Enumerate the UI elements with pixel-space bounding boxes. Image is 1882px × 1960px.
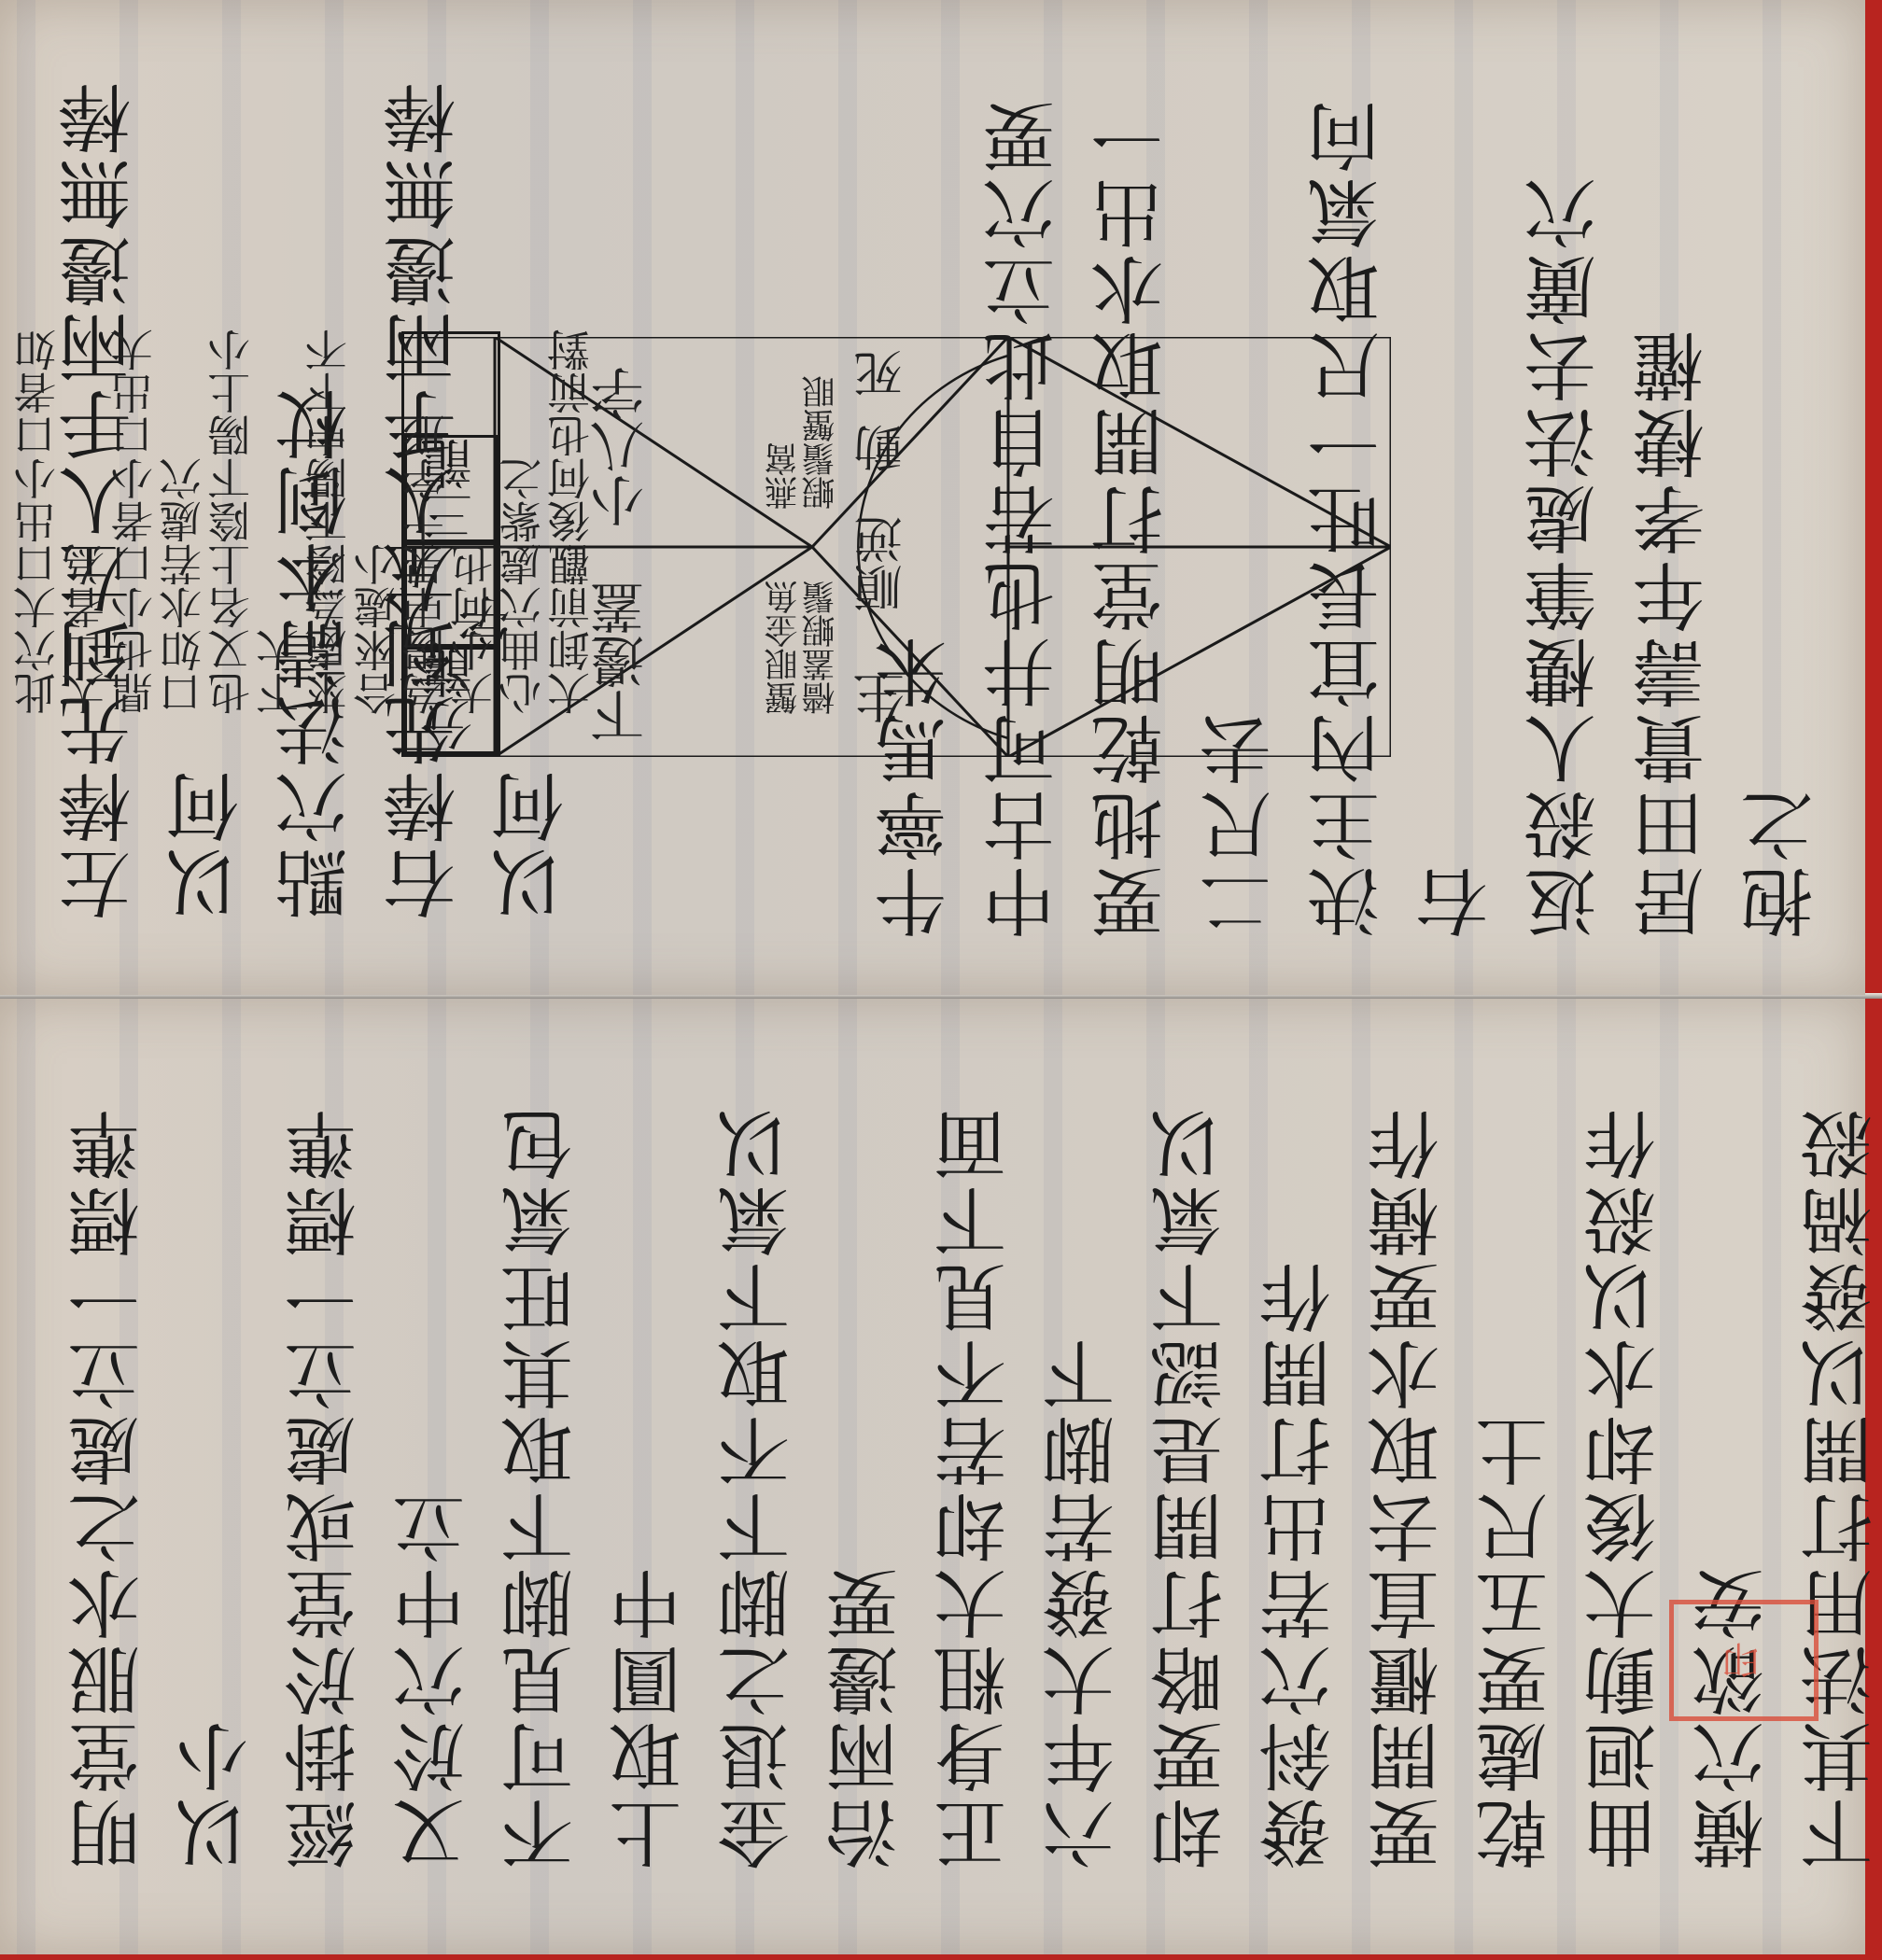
text-column: 牛寧馬朱 [863, 43, 971, 939]
text-column: 金退之脚下不取下氣以治兩邊要 [706, 1030, 922, 1870]
red-seal-stamp: 印 [1669, 1600, 1819, 1721]
text-column: 要地乾明堂打開取水出一二尺去 [1079, 43, 1296, 939]
circle-small-text: 蟹眼金魚 [765, 581, 803, 715]
note-column: 大小何也 [450, 323, 499, 715]
text-column: 中古可井也若自此立穴要 [971, 43, 1079, 939]
manuscript-sheet: 明堂服水之處立一標準以小 經掛於堂或處立一標準又於穴中立 不可見脚下取其旺氣包上… [0, 0, 1882, 1960]
upper-page-text: 明堂服水之處立一標準以小 經掛於堂或處立一標準又於穴中立 不可見脚下取其旺氣包上… [56, 1030, 1882, 1870]
text-column: 却要略打開是認下氣以發斜穴若出打開作 [1139, 1030, 1355, 1870]
note-column: 此穴大口出小口者如大口者為 [13, 323, 110, 715]
note-column: 鼎也小口者小口出大口如水若處穴 [110, 323, 207, 715]
note-column: 大卸前觀後何也前對 [547, 323, 596, 715]
lower-page: 左棒先到左人手兩邊無棒以何 點穴法請本倒杖 右棒先到左人手兩邊無棒以何 分龍 大 [0, 0, 1865, 995]
text-column: 下其法用打開以發禍殺大氣朝穴 [1789, 1030, 1882, 1870]
note-column: 為陽中果十字形 [401, 323, 450, 715]
text-column: 正身粗大却若不見下面六年大發若脚下 [922, 1030, 1139, 1870]
text-column: 明堂服水之處立一標準以小 [56, 1030, 273, 1870]
text-column: 決主內宜長吐一尺取氣向右 [1296, 43, 1512, 939]
text-column: 經掛於堂或處立一標準又於穴中立 [273, 1030, 489, 1870]
triangle-upper-label: 下邊蓋 [597, 581, 646, 743]
text-column: 返殺人樓筆處法去廣穴 [1512, 43, 1621, 939]
circle-small-text: 蝦鬚蟹眼 [803, 375, 840, 510]
circle-small-text: 檣蓋蝦鬚 [803, 581, 840, 715]
triangle-lower-label: 小八字 [597, 366, 646, 528]
text-column: 曲迴動大後却水以殺作橫穴欲安 [1572, 1030, 1789, 1870]
note-column: 也又名上陰下陽上小下大 [207, 323, 304, 715]
text-column: 要開櫃直去取水要橫作乾處要五尺土 [1355, 1030, 1572, 1870]
text-column: 居田貴壽年孝棲權 [1621, 43, 1729, 939]
upper-page: 明堂服水之處立一標準以小 經掛於堂或處立一標準又於穴中立 不可見脚下取其旺氣包上… [0, 997, 1865, 1954]
text-column: 抱之 [1729, 43, 1837, 939]
note-column: 心曲穴處紫之 [499, 323, 547, 715]
circle-small-text: 燕窩 [765, 442, 803, 510]
text-column: 不可見脚下取其旺氣包上取圓中 [489, 1030, 706, 1870]
note-column: 來處為陰下陽中下不合來處小 [304, 323, 401, 715]
lower-page-left-text: 牛寧馬朱 中古可井也若自此立穴要 要地乾明堂打開取水出一二尺去 決主內宜長吐一尺… [863, 43, 1837, 939]
diagram-notes: 此穴大口出小口者如大口者為 鼎也小口者小口出大口如水若處穴 也又名上陰下陽上小下… [13, 323, 596, 715]
